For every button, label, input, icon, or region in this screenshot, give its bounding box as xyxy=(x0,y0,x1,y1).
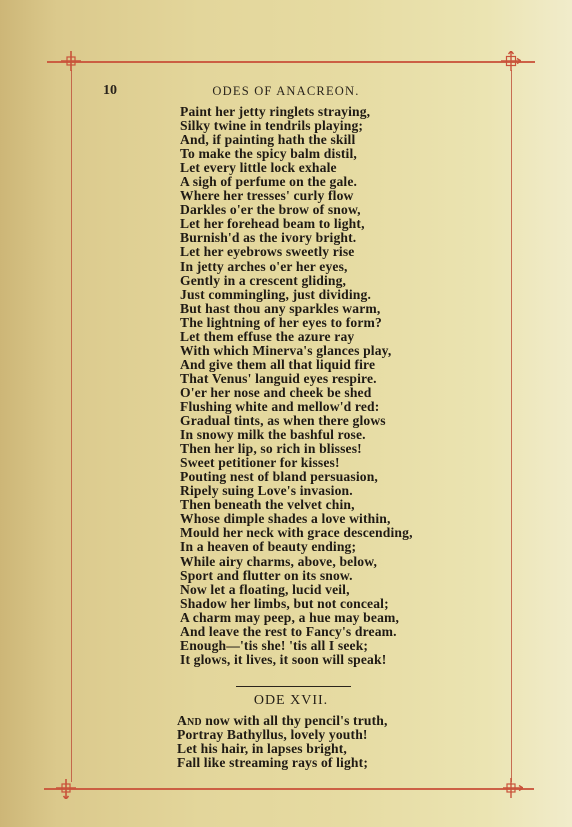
poem-lines: Paint her jetty ringlets straying, Silky… xyxy=(180,105,413,667)
poem-line: Let every little lock exhale xyxy=(180,161,413,175)
poem-line: Portray Bathyllus, lovely youth! xyxy=(177,728,388,742)
poem-line: A sigh of perfume on the gale. xyxy=(180,175,413,189)
bottom-border-rule xyxy=(44,788,534,790)
poem-line: Then her lip, so rich in blisses! xyxy=(180,442,413,456)
poem-line: That Venus' languid eyes respire. xyxy=(180,372,413,386)
ode-first-word: And xyxy=(177,713,202,728)
poem-line: Let them effuse the azure ray xyxy=(180,330,413,344)
poem-line: Burnish'd as the ivory bright. xyxy=(180,231,413,245)
poem-line: Whose dimple shades a love within, xyxy=(180,512,413,526)
poem-line: It glows, it lives, it soon will speak! xyxy=(180,653,413,667)
right-border-rule xyxy=(511,70,512,782)
corner-ornament-top-left-icon xyxy=(61,51,81,71)
poem-line: Enough—'tis she! 'tis all I seek; xyxy=(180,639,413,653)
poem-line: Gradual tints, as when there glows xyxy=(180,414,413,428)
poem-line: And give them all that liquid fire xyxy=(180,358,413,372)
poem-line: Let her eyebrows sweetly rise xyxy=(180,245,413,259)
poem-line: Sweet petitioner for kisses! xyxy=(180,456,413,470)
poem-line: While airy charms, above, below, xyxy=(180,555,413,569)
poem-line: Silky twine in tendrils playing; xyxy=(180,119,413,133)
poem-line: Just commingling, just dividing. xyxy=(180,288,413,302)
running-title: ODES OF ANACREON. xyxy=(0,84,572,99)
poem-line: The lightning of her eyes to form? xyxy=(180,316,413,330)
poem-line: Ripely suing Love's invasion. xyxy=(180,484,413,498)
poem-line: But hast thou any sparkles warm, xyxy=(180,302,413,316)
corner-ornament-bottom-left-icon xyxy=(56,779,76,799)
ode-first-line: And now with all thy pencil's truth, xyxy=(177,714,388,728)
left-border-rule xyxy=(71,70,72,782)
poem-line: Now let a floating, lucid veil, xyxy=(180,583,413,597)
poem-line: A charm may peep, a hue may beam, xyxy=(180,611,413,625)
top-border-rule xyxy=(47,61,535,63)
poem-line: Flushing white and mellow'd red: xyxy=(180,400,413,414)
poem-line: Mould her neck with grace descending, xyxy=(180,526,413,540)
poem-line: Sport and flutter on its snow. xyxy=(180,569,413,583)
ode-lines: And now with all thy pencil's truth, Por… xyxy=(177,714,388,770)
poem-line: Darkles o'er the brow of snow, xyxy=(180,203,413,217)
ode-title: ODE XVII. xyxy=(0,693,572,709)
poem-line: With which Minerva's glances play, xyxy=(180,344,413,358)
poem-line: Let her forehead beam to light, xyxy=(180,217,413,231)
poem-line: Where her tresses' curly flow xyxy=(180,189,413,203)
section-divider xyxy=(236,686,351,687)
poem-line: In jetty arches o'er her eyes, xyxy=(180,260,413,274)
poem-line: And leave the rest to Fancy's dream. xyxy=(180,625,413,639)
book-page: 10 ODES OF ANACREON. Paint her jetty rin… xyxy=(0,0,572,827)
poem-line: Paint her jetty ringlets straying, xyxy=(180,105,413,119)
poem-line: And, if painting hath the skill xyxy=(180,133,413,147)
corner-ornament-bottom-right-icon xyxy=(503,778,523,798)
poem-line: Pouting nest of bland persuasion, xyxy=(180,470,413,484)
poem-line: In a heaven of beauty ending; xyxy=(180,540,413,554)
poem-line: Let his hair, in lapses bright, xyxy=(177,742,388,756)
poem-line: O'er her nose and cheek be shed xyxy=(180,386,413,400)
poem-line: Shadow her limbs, but not conceal; xyxy=(180,597,413,611)
poem-line: Gently in a crescent gliding, xyxy=(180,274,413,288)
corner-ornament-top-right-icon xyxy=(501,51,521,71)
poem-line: Then beneath the velvet chin, xyxy=(180,498,413,512)
poem-line: In snowy milk the bashful rose. xyxy=(180,428,413,442)
poem-line: Fall like streaming rays of light; xyxy=(177,756,388,770)
poem-line: To make the spicy balm distil, xyxy=(180,147,413,161)
ode-first-line-rest: now with all thy pencil's truth, xyxy=(202,713,388,728)
